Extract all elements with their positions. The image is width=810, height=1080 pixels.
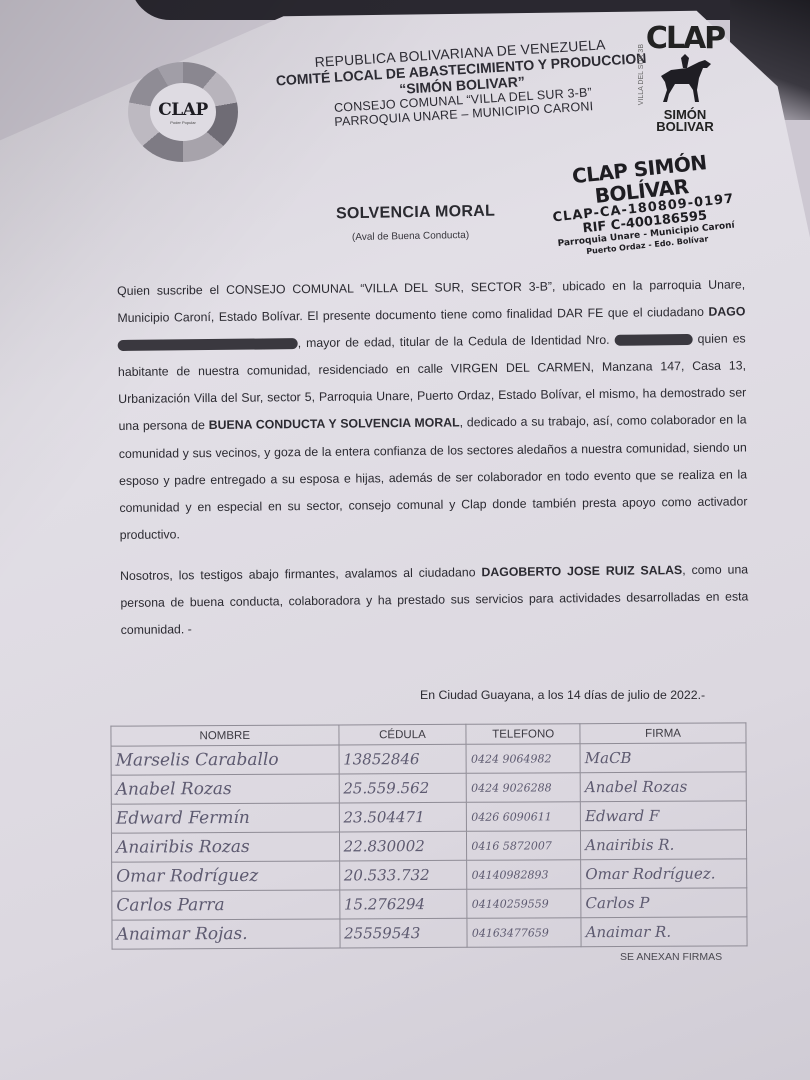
table-row: Anabel Rozas25.559.5620424 9026288Anabel…: [111, 772, 746, 804]
column-header-nombre: NOMBRE: [111, 725, 339, 746]
table-row: Omar Rodríguez20.533.73204140982893Omar …: [112, 859, 747, 891]
witness-signature: Anairibis R.: [581, 830, 747, 860]
table-row: Anaimar Rojas.2555954304163477659Anaimar…: [112, 917, 747, 949]
witness-cedula: 23.504471: [339, 802, 467, 832]
endorsed-citizen-name: DAGOBERTO JOSE RUIZ SALAS: [481, 563, 682, 579]
document-title: SOLVENCIA MORAL: [336, 203, 495, 224]
witness-name: Marselis Caraballo: [111, 745, 339, 775]
redacted-id-number: [615, 334, 693, 346]
witness-cedula: 20.533.732: [339, 860, 467, 890]
witness-cedula: 13852846: [339, 744, 467, 774]
column-header-cedula: CÉDULA: [339, 724, 467, 745]
witness-signature: Edward F: [580, 801, 746, 831]
witness-signature: MaCB: [580, 743, 746, 773]
paragraph-1: Quien suscribe el CONSEJO COMUNAL “VILLA…: [117, 271, 748, 548]
witness-phone: 04140982893: [467, 860, 581, 890]
witness-phone: 04163477659: [467, 918, 581, 948]
document-subtitle: (Aval de Buena Conducta): [352, 230, 469, 243]
logo-side-text: VILLA DEL SUR 3B: [638, 44, 645, 105]
table-row: Edward Fermín23.5044710426 6090611Edward…: [111, 801, 746, 833]
witness-phone: 0424 9026288: [467, 773, 581, 803]
witness-signature: Anaimar R.: [581, 917, 747, 947]
logo-right-bottom2: BOLIVAR: [640, 121, 730, 133]
witness-phone: 0416 5872007: [467, 831, 581, 861]
witness-signature: Anabel Rozas: [580, 772, 746, 802]
document-body: Quien suscribe el CONSEJO COMUNAL “VILLA…: [117, 271, 749, 658]
witness-signature-table: NOMBRE CÉDULA TELEFONO FIRMA Marselis Ca…: [110, 722, 747, 949]
official-stamp: CLAP SIMÓN BOLÍVAR CLAP-CA-180809-0197 R…: [524, 146, 762, 263]
column-header-telefono: TELEFONO: [466, 724, 580, 745]
witness-phone: 0426 6090611: [467, 802, 581, 832]
table-row: Anairibis Rozas22.8300020416 5872007Anai…: [111, 830, 746, 862]
clap-logo-subtext: Poder Popular: [170, 120, 196, 125]
witness-signature: Omar Rodríguez.: [581, 859, 747, 889]
witness-signature: Carlos P: [581, 888, 747, 918]
column-header-firma: FIRMA: [580, 723, 746, 744]
witness-name: Carlos Parra: [112, 890, 340, 920]
witness-cedula: 15.276294: [339, 889, 467, 919]
witness-cedula: 25559543: [340, 918, 468, 948]
witness-phone: 0424 9064982: [466, 744, 580, 774]
clap-logo: CLAP Poder Popular: [128, 62, 238, 162]
document-content: CLAP Poder Popular REPUBLICA BOLIVARIANA…: [0, 0, 810, 1080]
redacted-name: [118, 339, 298, 352]
horse-rider-icon: [653, 54, 717, 104]
witness-phone: 04140259559: [467, 889, 581, 919]
clap-logo-text: CLAP: [158, 100, 207, 120]
witness-name: Anaimar Rojas.: [112, 919, 340, 949]
witness-name: Omar Rodríguez: [112, 861, 340, 891]
witness-name: Edward Fermín: [111, 803, 339, 833]
logo-right-top: CLAP: [640, 24, 730, 54]
annex-note: SE ANEXAN FIRMAS: [620, 951, 722, 963]
witness-cedula: 25.559.562: [339, 773, 467, 803]
witness-name: Anairibis Rozas: [111, 832, 339, 862]
letterhead: REPUBLICA BOLIVARIANA DE VENEZUELA COMIT…: [250, 32, 674, 133]
table-row: Carlos Parra15.27629404140259559Carlos P: [112, 888, 747, 920]
table-row: Marselis Caraballo138528460424 9064982Ma…: [111, 743, 746, 775]
witness-name: Anabel Rozas: [111, 774, 339, 804]
simon-bolivar-logo: VILLA DEL SUR 3B CLAP SIMÓN BOLIVAR: [640, 24, 730, 136]
witness-cedula: 22.830002: [339, 831, 467, 861]
date-line: En Ciudad Guayana, a los 14 días de juli…: [420, 688, 705, 702]
paragraph-2: Nosotros, los testigos abajo firmantes, …: [120, 556, 749, 644]
